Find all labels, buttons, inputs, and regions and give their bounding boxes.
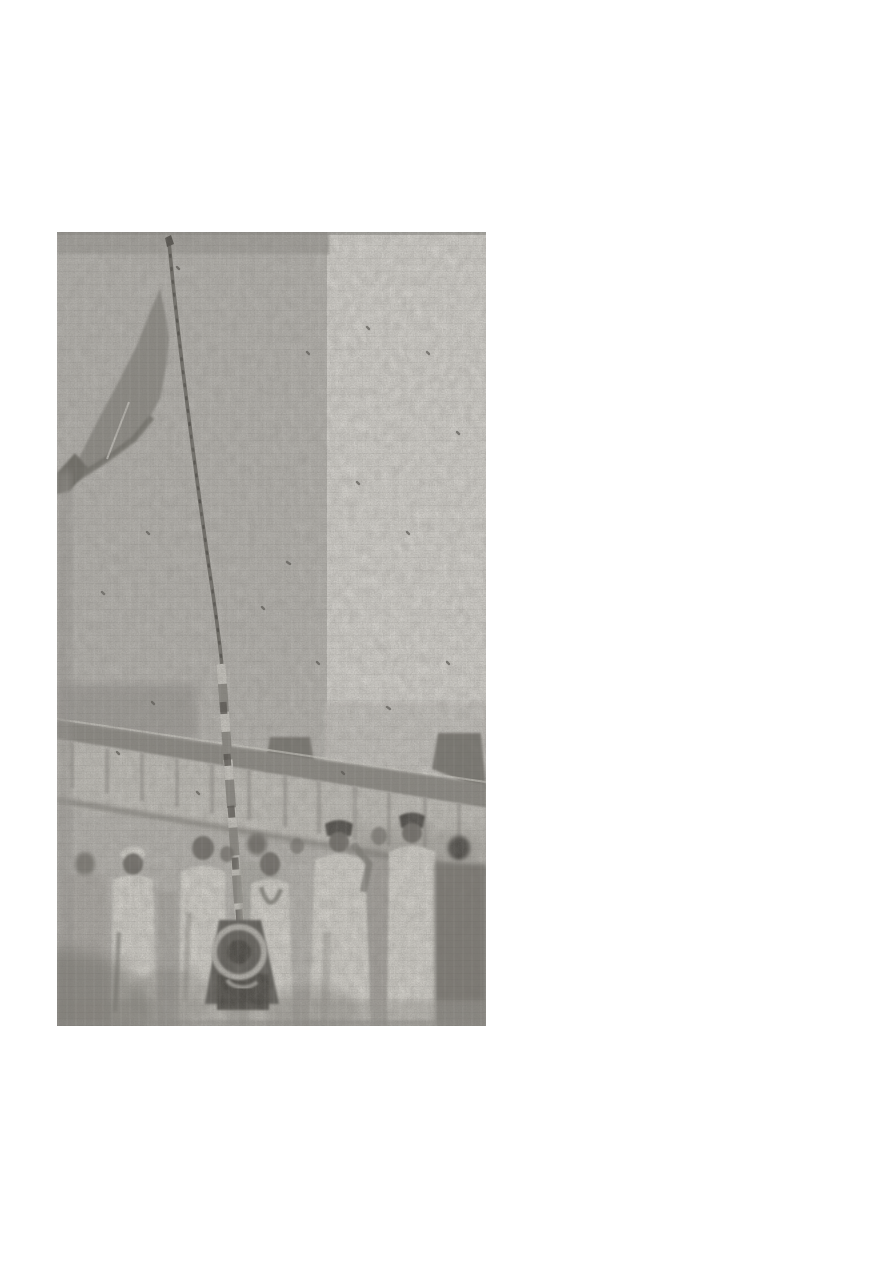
fine-grain-overlay [57,232,486,1026]
scanned-newspaper-page [0,0,892,1263]
photo-scene [57,232,486,1026]
photograph-flag-ceremony [57,232,486,1026]
